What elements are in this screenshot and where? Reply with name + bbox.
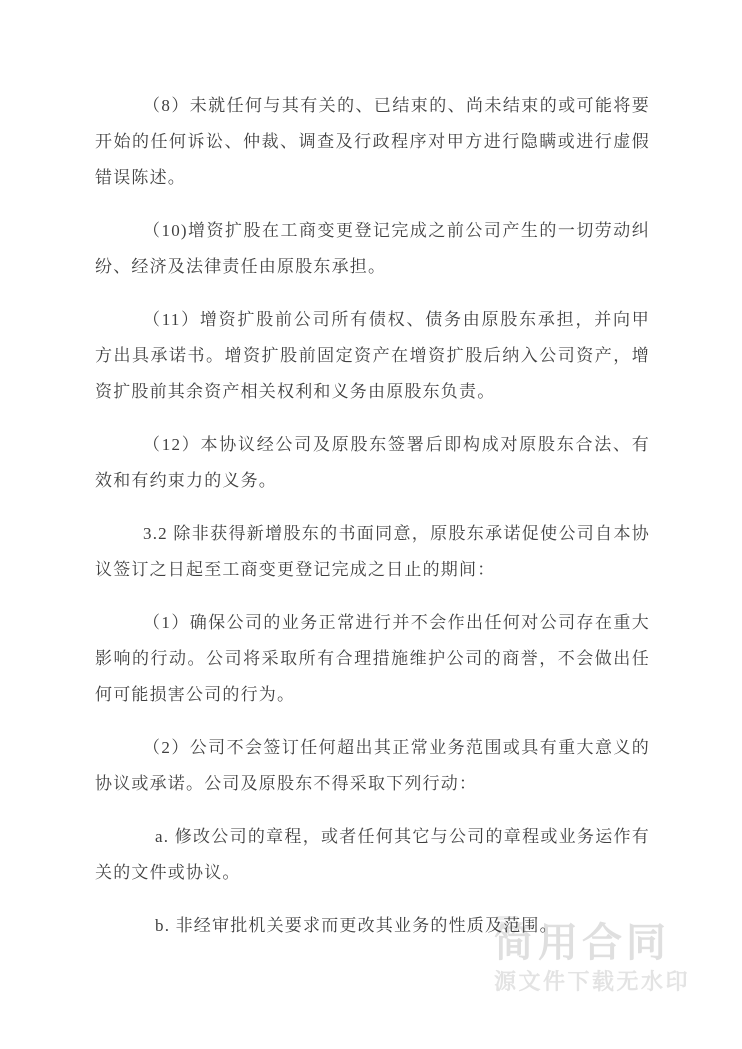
contract-body: （8）未就任何与其有关的、已结束的、尚未结束的或可能将要开始的任何诉讼、仲裁、调… [0,0,742,944]
paragraph-clause-10: （10)增资扩股在工商变更登记完成之前公司产生的一切劳动纠纷、经济及法律责任由原… [95,213,650,285]
paragraph-item-a: a. 修改公司的章程，或者任何其它与公司的章程或业务运作有关的文件或协议。 [95,819,650,891]
paragraph-item-2: （2）公司不会签订任何超出其正常业务范围或具有重大意义的协议或承诺。公司及原股东… [95,730,650,802]
paragraph-clause-11: （11）增资扩股前公司所有债权、债务由原股东承担，并向甲方出具承诺书。增资扩股前… [95,302,650,410]
paragraph-section-3-2: 3.2 除非获得新增股东的书面同意，原股东承诺促使公司自本协议签订之日起至工商变… [95,516,650,588]
paragraph-item-1: （1）确保公司的业务正常进行并不会作出任何对公司存在重大影响的行动。公司将采取所… [95,605,650,713]
paragraph-item-b: b. 非经审批机关要求而更改其业务的性质及范围。 [95,908,650,944]
watermark-subtitle: 源文件下载无水印 [494,970,690,994]
paragraph-clause-8: （8）未就任何与其有关的、已结束的、尚未结束的或可能将要开始的任何诉讼、仲裁、调… [95,88,650,196]
document-page: 简用合同 源文件下载无水印 （8）未就任何与其有关的、已结束的、尚未结束的或可能… [0,0,742,1049]
paragraph-clause-12: （12）本协议经公司及原股东签署后即构成对原股东合法、有效和有约束力的义务。 [95,427,650,499]
